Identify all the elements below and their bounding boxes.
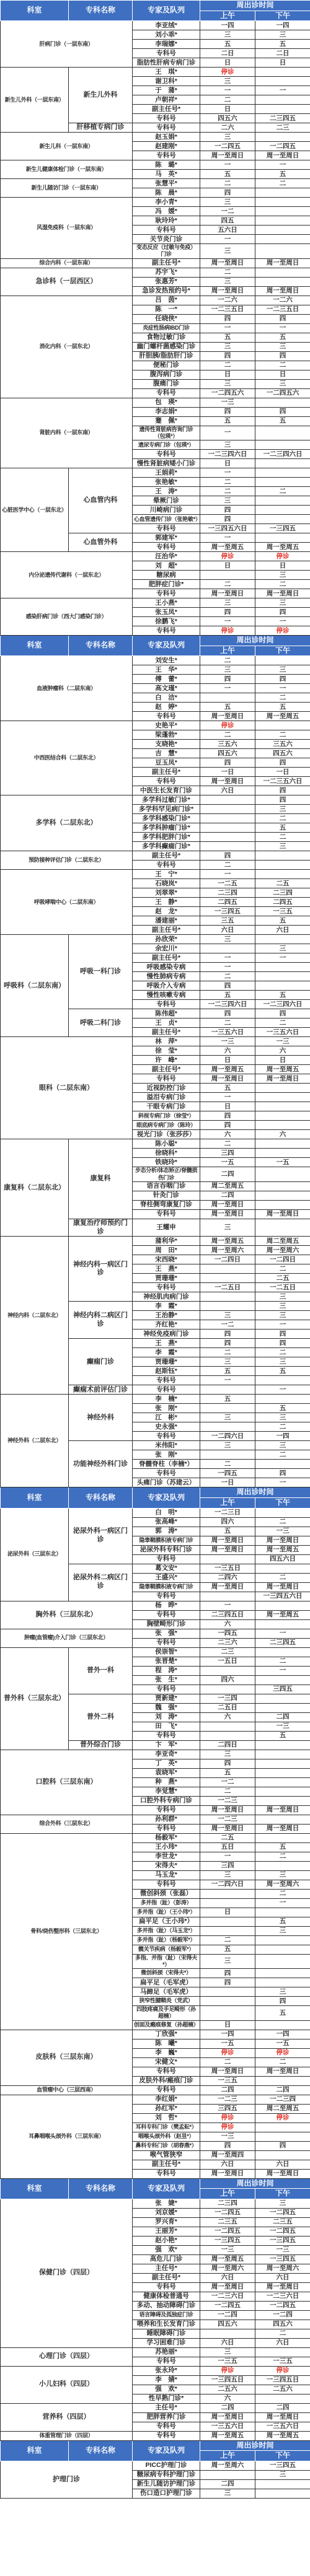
expert-cell: 新生儿随访护理门诊 xyxy=(133,2479,200,2489)
expert-cell: 梁蓬勃* xyxy=(133,730,200,740)
am-cell xyxy=(200,1684,255,1694)
pm-cell: 二 xyxy=(255,580,310,589)
department-cell: 急诊科（一层西区） xyxy=(1,268,133,296)
pm-cell: 一三 xyxy=(255,1037,310,1046)
pm-cell: 一 xyxy=(255,1478,310,1487)
pm-cell: 二 xyxy=(255,730,310,740)
am-cell: 二日 xyxy=(200,49,255,58)
pm-cell xyxy=(255,1395,310,1404)
am-cell: 周一至周六 xyxy=(200,2461,255,2470)
expert-cell: 赵 龙* xyxy=(133,907,200,916)
expert-cell: 专科号 xyxy=(133,1610,200,1619)
expert-cell: 神经免疫病门诊 xyxy=(133,1330,200,1339)
expert-cell: 马 英* xyxy=(133,170,200,179)
column-header-expert: 专家及队列 xyxy=(133,1,200,21)
expert-cell: 陈 晨* xyxy=(133,188,200,198)
pm-cell: 一三四五日 xyxy=(255,2375,310,2385)
pm-cell: 二 xyxy=(255,361,310,370)
expert-cell: 刘 涛* xyxy=(133,1712,200,1722)
expert-cell: 孙利群* xyxy=(133,1815,200,1824)
pm-cell: 一二三六日 xyxy=(255,2292,310,2301)
am-cell xyxy=(200,1592,255,1601)
pm-cell: 三 xyxy=(255,598,310,608)
pm-cell: 一四 xyxy=(255,21,310,30)
am-cell xyxy=(200,833,255,842)
expert-cell: 葛文安* xyxy=(133,1564,200,1573)
am-cell: 日 xyxy=(200,1102,255,1111)
am-cell: 一 xyxy=(200,86,255,95)
am-cell xyxy=(200,1274,255,1283)
pm-cell xyxy=(255,515,310,524)
department-cell: 多学科（二层东北） xyxy=(1,795,133,851)
department-cell: 体重管理门诊（四层） xyxy=(1,2431,133,2440)
schedule-row: 血液肿瘤科（二层东南）刘安生*二 xyxy=(1,656,310,665)
column-header-pm: 下午 xyxy=(255,1497,310,1508)
schedule-row: 新生儿科（一层东南）赵玉娟*三 xyxy=(1,133,310,142)
pm-cell xyxy=(255,1954,310,1969)
expert-cell: 徐鹏飞* xyxy=(133,617,200,626)
expert-cell: 语言障碍及孤独症门诊 xyxy=(133,2310,200,2320)
expert-cell: 李亚奇* xyxy=(133,1750,200,1759)
expert-cell: 咽喉头颈外科（赵昱*） xyxy=(133,2132,200,2141)
expert-cell: 田 飞* xyxy=(133,1722,200,1731)
expert-cell: 李世龙* xyxy=(133,1852,200,1861)
pm-cell: 一二四五六 xyxy=(255,388,310,398)
expert-cell: 呼吸感染专病 xyxy=(133,963,200,972)
department-cell: 小儿妇科（四层） xyxy=(1,2366,133,2403)
am-cell: 日 xyxy=(200,561,255,571)
pm-cell: 五 xyxy=(255,170,310,179)
pm-cell: 周一至周五 xyxy=(255,712,310,721)
am-cell: 四 xyxy=(200,851,255,861)
pm-cell: 三 xyxy=(255,1870,310,1880)
expert-cell: 赵建刚* xyxy=(133,142,200,151)
am-cell: 五 xyxy=(200,1945,255,1954)
header-row-1: 科室专科名称专家及队列周出诊时间 xyxy=(1,2178,310,2189)
pm-cell xyxy=(255,1759,310,1768)
pm-cell: 周一至周日 xyxy=(255,1582,310,1592)
am-cell: 一 xyxy=(200,533,255,543)
specialty-cell: 功能神经外科门诊 xyxy=(69,1441,133,1487)
pm-cell: 周一至周六 xyxy=(255,2264,310,2273)
pm-cell xyxy=(255,963,310,972)
expert-cell: 微创斜颈（宋得夫*） xyxy=(133,1969,200,1978)
pm-cell: 日 xyxy=(255,58,310,68)
pm-cell: 一三五六日 xyxy=(255,2422,310,2431)
am-cell: 四 xyxy=(200,506,255,515)
pm-cell: 一 xyxy=(255,953,310,963)
pm-cell xyxy=(255,1167,310,1182)
pm-cell: 三 xyxy=(255,1292,310,1302)
department-cell: 神经内科（二层东北） xyxy=(1,1237,69,1395)
expert-cell: 胸壁畸形门诊 xyxy=(133,1619,200,1629)
expert-cell: 江 彬* xyxy=(133,1413,200,1422)
am-cell: 一四五 xyxy=(200,1469,255,1478)
column-header-dept: 科室 xyxy=(1,1,69,21)
expert-cell: 主任号* xyxy=(133,2403,200,2412)
expert-cell: 刘 哲* xyxy=(133,2113,200,2123)
am-cell: 三 xyxy=(200,244,255,259)
am-cell: 二 xyxy=(200,95,255,105)
am-cell xyxy=(200,1898,255,1908)
am-cell: 二三四 xyxy=(200,2199,255,2208)
expert-cell: 苏艳丽* xyxy=(133,2347,200,2357)
am-cell: 二四 xyxy=(200,2479,255,2489)
expert-cell: 专科号 xyxy=(133,2085,200,2095)
expert-cell: 李志娟* xyxy=(133,407,200,416)
pm-cell: 一 xyxy=(255,323,310,333)
column-header-expert: 专家及队列 xyxy=(133,1487,200,1508)
pm-cell xyxy=(255,244,310,259)
department-cell: 普外科（三层东北） xyxy=(1,1647,69,1750)
expert-cell: 专科号 xyxy=(133,2422,200,2431)
am-cell: 六日 xyxy=(200,926,255,935)
schedule-page: 科室专科名称专家及队列周出诊时间上午下午肝病门诊（一层东南）李亚绒*一四一四刘小… xyxy=(0,0,310,2499)
expert-cell: 副主任号* xyxy=(133,2273,200,2282)
am-cell: 五 xyxy=(200,1367,255,1376)
expert-cell: 张晋楚* xyxy=(133,1657,200,1666)
pm-cell: 六日 xyxy=(255,2273,310,2282)
am-cell: 四 xyxy=(200,1969,255,1978)
am-cell: 周一至周日 xyxy=(200,1805,255,1815)
department-cell: 新生儿外科（一层东南） xyxy=(1,68,69,133)
pm-cell xyxy=(255,1093,310,1102)
expert-cell: 史永强* xyxy=(133,1422,200,1432)
am-cell: 一三五六日 xyxy=(200,1028,255,1037)
am-cell: 二四 xyxy=(200,1167,255,1182)
am-cell: 三 xyxy=(200,1954,255,1969)
am-cell: 一三 xyxy=(200,398,255,407)
schedule-row: 多学科（二层东北）多学科过敏门诊*四 xyxy=(1,795,310,805)
specialty-cell: 心血管外科 xyxy=(69,533,133,552)
am-cell: 二四 xyxy=(200,2085,255,2095)
expert-cell: 张 生* xyxy=(133,1675,200,1684)
pm-cell: 一二三四六日 xyxy=(255,450,310,459)
expert-cell: 专科号 xyxy=(133,1554,200,1564)
expert-cell: 王 宁* xyxy=(133,870,200,879)
department-cell: 新生儿科（一层东南） xyxy=(1,133,133,160)
expert-cell: 隐睾鞘膜积液专病门诊 xyxy=(133,1582,200,1592)
pm-cell xyxy=(255,188,310,198)
expert-cell: 于 蒲* xyxy=(133,86,200,95)
pm-cell: 三 xyxy=(255,1302,310,1311)
am-cell: 六日 xyxy=(200,2273,255,2282)
pm-cell xyxy=(255,1508,310,1517)
pm-cell: 一二三五六日 xyxy=(255,777,310,786)
am-cell: 一二四五 xyxy=(200,2227,255,2236)
am-cell: 周一至周日 xyxy=(200,258,255,268)
pm-cell: 周一至周日 xyxy=(255,1074,310,1084)
pm-cell xyxy=(255,1460,310,1469)
pm-cell: 一 xyxy=(255,684,310,693)
expert-cell: PICC护理门诊 xyxy=(133,2461,200,2470)
pm-cell: 周一至周六 xyxy=(255,1880,310,1889)
pm-cell xyxy=(255,2479,310,2489)
expert-cell: 李 霞* xyxy=(133,1348,200,1357)
schedule-row: 口腔科（三层东南）李亚奇*三 xyxy=(1,1750,310,1759)
column-header-expert: 专家及队列 xyxy=(133,2440,200,2461)
am-cell: 周一至周五 xyxy=(200,543,255,552)
pm-cell: 二 xyxy=(255,2329,310,2338)
pm-cell xyxy=(255,981,310,991)
column-header-pm: 下午 xyxy=(255,2451,310,2461)
department-cell: 血液肿瘤科（二层东南） xyxy=(1,656,133,721)
expert-cell: 肥胖症门诊* xyxy=(133,580,200,589)
pm-cell: 五 xyxy=(255,1731,310,1740)
pm-cell: 三 xyxy=(255,571,310,580)
department-cell: 消化内科（一层东北） xyxy=(1,296,133,398)
expert-cell: 食物过敏门诊 xyxy=(133,333,200,342)
am-cell: 三 xyxy=(200,1441,255,1450)
expert-cell: 潘建丽* xyxy=(133,916,200,926)
pm-cell: 四 xyxy=(255,608,310,617)
schedule-row: 神经内科（二层东北）神经内科一病区门诊蒲利华*周一至周五周二至周五 xyxy=(1,1237,310,1246)
expert-cell: 鼻科专科门诊（胡春燕*） xyxy=(133,2141,200,2150)
am-cell: 周一至周日 xyxy=(200,2282,255,2292)
expert-cell: 近视防控门诊 xyxy=(133,1084,200,1093)
am-cell: 二 xyxy=(200,1460,255,1469)
expert-cell: 主任号* xyxy=(133,2264,200,2273)
am-cell xyxy=(200,1450,255,1460)
am-cell xyxy=(200,795,255,805)
pm-cell: 一二四五 xyxy=(255,142,310,151)
am-cell xyxy=(200,1422,255,1432)
expert-cell: 专科号 xyxy=(133,861,200,870)
specialty-cell: 神经内科一病区门诊 xyxy=(69,1237,133,1302)
pm-cell: 停诊 xyxy=(255,552,310,561)
pm-cell: 四五六 xyxy=(255,2320,310,2329)
outpatient-schedule-table: 科室专科名称专家及队列周出诊时间上午下午肝病门诊（一层东南）李亚绒*一四一四刘小… xyxy=(0,0,310,2499)
am-cell: 一二四六日 xyxy=(200,1432,255,1441)
expert-cell: 专科号 xyxy=(133,1805,200,1815)
pm-cell xyxy=(255,1200,310,1209)
am-cell: 周一至周日 xyxy=(200,1582,255,1592)
schedule-table-body: 科室专科名称专家及队列周出诊时间上午下午肝病门诊（一层东南）李亚绒*一四一四刘小… xyxy=(1,1,310,2499)
expert-cell: 头痛门诊（苏建云） xyxy=(133,1478,200,1487)
column-header-am: 上午 xyxy=(200,2451,255,2461)
am-cell: 三 xyxy=(200,440,255,450)
am-cell: 四五 xyxy=(200,216,255,226)
expert-cell: 王 静* xyxy=(133,898,200,907)
expert-cell: 扁平足（王小玮*） xyxy=(133,1917,200,1926)
pm-cell: 四 xyxy=(255,675,310,684)
expert-cell: 多学科肿瘤门诊* xyxy=(133,823,200,833)
pm-cell: 一二三四六日 xyxy=(255,1000,310,1009)
am-cell: 一二 xyxy=(200,1320,255,1330)
expert-cell: 苏宇飞* xyxy=(133,268,200,277)
expert-cell: 专科号 xyxy=(133,2169,200,2178)
expert-cell: 王 琪* xyxy=(133,68,200,77)
am-cell: 二 xyxy=(200,268,255,277)
pm-cell xyxy=(255,2123,310,2132)
pm-cell: 四 xyxy=(255,351,310,361)
pm-cell xyxy=(255,105,310,114)
am-cell: 一三四五日 xyxy=(200,2375,255,2385)
department-cell: 营养科（四层） xyxy=(1,2403,133,2431)
am-cell: 二 xyxy=(200,656,255,665)
expert-cell: 性早熟门诊* xyxy=(133,2394,200,2403)
am-cell: 五 xyxy=(200,1395,255,1404)
department-cell: 风湿免疫科（一层东南） xyxy=(1,198,133,259)
schedule-row: 康复科（二层东北）康复科陈小聪*二 xyxy=(1,1139,310,1149)
pm-cell: 周一至周日 xyxy=(255,2067,310,2076)
am-cell xyxy=(200,1404,255,1413)
am-cell: 一 xyxy=(200,160,255,170)
am-cell: 五 xyxy=(200,1527,255,1536)
expert-cell: 李 霞* xyxy=(133,1302,200,1311)
expert-cell: 刘小乖* xyxy=(133,30,200,40)
pm-cell xyxy=(255,133,310,142)
am-cell: 一五日 xyxy=(200,1657,255,1666)
pm-cell: 停诊 xyxy=(255,2048,310,2057)
column-header-am: 上午 xyxy=(200,11,255,21)
pm-cell xyxy=(255,235,310,244)
expert-cell: 余宏川* xyxy=(133,944,200,953)
am-cell: 一三四五六日 xyxy=(200,524,255,533)
pm-cell xyxy=(255,496,310,506)
pm-cell: 周一至周日 xyxy=(255,258,310,268)
pm-cell: 周一至周日 xyxy=(255,1536,310,1545)
am-cell: 三 xyxy=(200,2489,255,2498)
schedule-row: 感染肝病门诊（西大门感染门诊）王小燕*三三 xyxy=(1,598,310,608)
pm-cell: 五 xyxy=(255,991,310,1000)
am-cell: 二三四五日 xyxy=(200,1610,255,1619)
expert-cell: 杨 晔* xyxy=(133,1601,200,1610)
am-cell: 二四日 xyxy=(200,1740,255,1750)
department-cell: 新生儿随访门诊（一层东南） xyxy=(1,179,133,198)
expert-cell: 王娟莉* xyxy=(133,468,200,478)
pm-cell xyxy=(255,1564,310,1573)
schedule-row: 综合内科（一层东南）副主任号*周一至周日周一至周日 xyxy=(1,258,310,268)
expert-cell: 冯 媛* xyxy=(133,207,200,216)
expert-cell: 溢泪专病门诊 xyxy=(133,1093,200,1102)
specialty-cell: 癫痫门诊 xyxy=(69,1339,133,1385)
pm-cell xyxy=(255,1740,310,1750)
pm-cell: 二 xyxy=(255,487,310,496)
pm-cell: 一三 xyxy=(255,2245,310,2254)
pm-cell: 一三四五 xyxy=(255,2461,310,2470)
pm-cell xyxy=(255,870,310,879)
header-row-1: 科室专科名称专家及队列周出诊时间 xyxy=(1,1,310,11)
am-cell: 三 xyxy=(200,2347,255,2357)
pm-cell: 周一至周日 xyxy=(255,1805,310,1815)
am-cell: 一二四五 xyxy=(200,142,255,151)
expert-cell: 专科号 xyxy=(133,1000,200,1009)
expert-cell: 王 华* xyxy=(133,665,200,675)
pm-cell: 四 xyxy=(255,1997,310,2006)
am-cell: 日 xyxy=(200,459,255,468)
am-cell: 六日 xyxy=(200,2338,255,2347)
expert-cell: 史艳平* xyxy=(133,721,200,730)
expert-cell: 专科号 xyxy=(133,2067,200,2076)
specialty-cell: 普外二科 xyxy=(69,1694,133,1740)
expert-cell: 豆玉凤* xyxy=(133,758,200,768)
pm-cell: 三 xyxy=(255,1357,310,1367)
pm-cell xyxy=(255,1703,310,1712)
am-cell: 日 xyxy=(200,58,255,68)
pm-cell xyxy=(255,1796,310,1805)
pm-cell: 五 xyxy=(255,1404,310,1413)
pm-cell: 一二四 xyxy=(255,2310,310,2320)
pm-cell: 二三四五 xyxy=(255,1638,310,1647)
schedule-row: 急诊科（一层西区）苏宇飞*二 xyxy=(1,268,310,277)
pm-cell: 一三 xyxy=(255,1722,310,1731)
expert-cell: 李 巍* xyxy=(133,2048,200,2057)
expert-cell: 专科号 xyxy=(133,388,200,398)
pm-cell: 二三四五 xyxy=(255,114,310,123)
am-cell: 一 xyxy=(200,684,255,693)
expert-cell: 张惠芳* xyxy=(133,277,200,286)
am-cell: 周一至周日 xyxy=(200,151,255,160)
schedule-row: 呼吸哮喘中心（二层东南）王 宁*一 xyxy=(1,870,310,879)
am-cell xyxy=(200,805,255,814)
expert-cell: 脊柱侧弯康复门诊 xyxy=(133,1200,200,1209)
am-cell: 二 xyxy=(200,972,255,981)
pm-cell: 四 xyxy=(255,786,310,795)
column-header-schedule: 周出诊时间 xyxy=(200,2440,310,2451)
am-cell: 周一至周日 xyxy=(200,2169,255,2178)
am-cell: 一 xyxy=(200,617,255,626)
am-cell: 一三五日 xyxy=(200,1564,255,1573)
expert-cell: 专科号 xyxy=(133,1638,200,1647)
am-cell: 一二五日 xyxy=(200,1283,255,1292)
am-cell: 三 xyxy=(200,342,255,351)
am-cell: 四六 xyxy=(200,1675,255,1684)
am-cell: 二三六 xyxy=(200,1638,255,1647)
am-cell xyxy=(200,1917,255,1926)
pm-cell: 周一至周五 xyxy=(255,1545,310,1554)
department-cell: 康复科（二层东北） xyxy=(1,1139,69,1237)
expert-cell: 专科号 xyxy=(133,2431,200,2440)
expert-cell: 专科号 xyxy=(133,543,200,552)
department-cell: 口腔科（三层东南） xyxy=(1,1750,133,1815)
column-header-pm: 下午 xyxy=(255,2189,310,2199)
pm-cell xyxy=(255,2076,310,2085)
am-cell: 周一至周日 xyxy=(200,2412,255,2422)
expert-cell: 专科号 xyxy=(133,1824,200,1833)
am-cell: 一二三 xyxy=(200,1815,255,1824)
am-cell: 一三五 xyxy=(200,2076,255,2085)
schedule-row: 新生儿健康体检门诊（一层东南）陈 璐*一一 xyxy=(1,160,310,170)
column-header-specialty: 专科名称 xyxy=(69,2440,133,2461)
expert-cell: 专科号 xyxy=(133,524,200,533)
am-cell: 二 xyxy=(200,478,255,487)
pm-cell xyxy=(255,1861,310,1870)
expert-cell: 傅 蕾* xyxy=(133,675,200,684)
specialty-cell: 普外综合门诊 xyxy=(69,1740,133,1750)
am-cell: 四 xyxy=(200,1759,255,1768)
am-cell: 四 xyxy=(200,188,255,198)
expert-cell: 蒲利华* xyxy=(133,1237,200,1246)
expert-cell: 专科号 xyxy=(133,1880,200,1889)
am-cell: 一二三六日 xyxy=(200,2292,255,2301)
specialty-cell: 癫痫术前评估门诊 xyxy=(69,1385,133,1395)
am-cell: 一 xyxy=(200,1093,255,1102)
am-cell: 四 xyxy=(200,1009,255,1019)
expert-cell: 王 燕* xyxy=(133,1264,200,1274)
expert-cell: 专科号 xyxy=(133,1074,200,1084)
expert-cell: 专科号 xyxy=(133,1209,200,1219)
pm-cell: 六日 xyxy=(255,2338,310,2347)
am-cell: 四 xyxy=(200,515,255,524)
specialty-cell: 神经内科二病区门诊 xyxy=(69,1302,133,1339)
am-cell: 二 xyxy=(200,580,255,589)
am-cell xyxy=(200,1385,255,1395)
pm-cell xyxy=(255,1191,310,1200)
pm-cell: 周一至周日 xyxy=(255,1209,310,1219)
header-row-1: 科室专科名称专家及队列周出诊时间 xyxy=(1,2440,310,2451)
am-cell: 四 xyxy=(200,407,255,416)
